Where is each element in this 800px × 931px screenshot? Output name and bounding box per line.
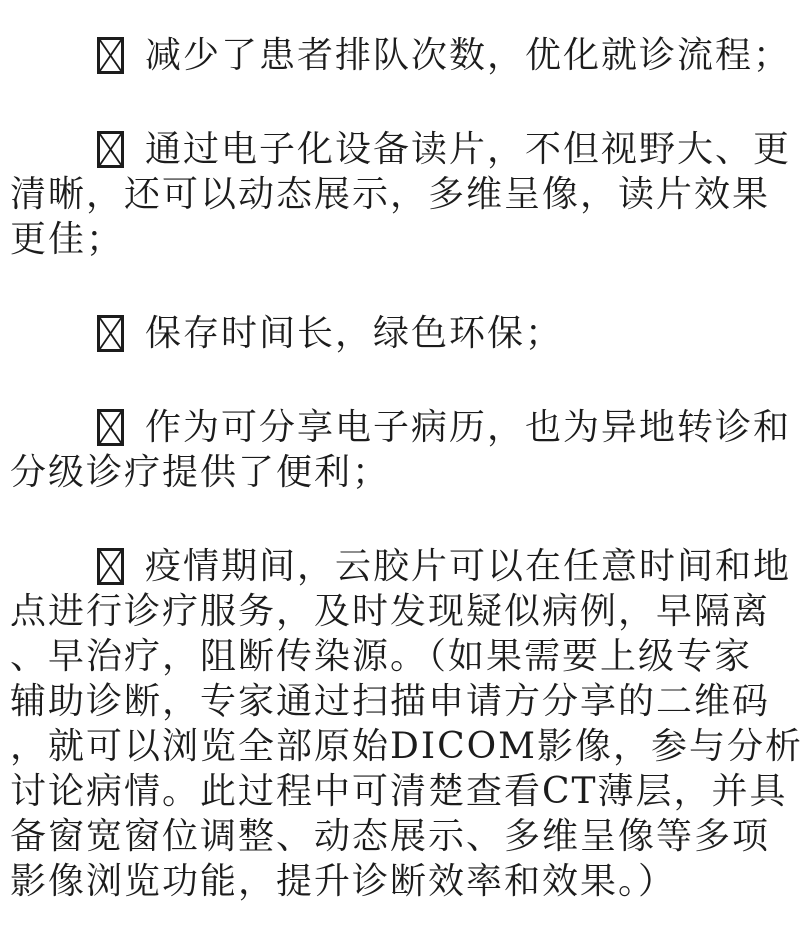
paragraph-text: 减少了患者排队次数，优化就诊流程； (145, 33, 791, 78)
paragraph-text: 影像浏览功能，提升诊断效率和效果。） (10, 861, 676, 902)
document-body: 减少了患者排队次数，优化就诊流程；通过电子化设备读片，不但视野大、更清晰，还可以… (10, 33, 780, 904)
paragraph-line: 更佳； (10, 217, 780, 262)
paragraph-line: 保存时间长，绿色环保； (10, 311, 780, 356)
document-page: 减少了患者排队次数，优化就诊流程；通过电子化设备读片，不但视野大、更清晰，还可以… (0, 0, 800, 931)
paragraph-text: 通过电子化设备读片，不但视野大、更 (145, 127, 791, 172)
paragraph-line: 通过电子化设备读片，不但视野大、更 (10, 127, 780, 172)
paragraph-line: 疫情期间，云胶片可以在任意时间和地 (10, 544, 780, 589)
paragraph-line: 分级诊疗提供了便利； (10, 450, 780, 495)
bullet-paragraph: 通过电子化设备读片，不但视野大、更清晰，还可以动态展示，多维呈像，读片效果更佳； (10, 127, 780, 262)
paragraph-line: 、早治疗，阻断传染源。（如果需要上级专家 (10, 634, 780, 679)
paragraph-line: 作为可分享电子病历，也为异地转诊和 (10, 405, 780, 450)
paragraph-line: 点进行诊疗服务，及时发现疑似病例，早隔离 (10, 589, 780, 634)
paragraph-text: 清晰，还可以动态展示，多维呈像，读片效果 (10, 174, 770, 215)
paragraph-line: 讨论病情。此过程中可清楚查看CT薄层，并具 (10, 769, 780, 814)
paragraph-line: 减少了患者排队次数，优化就诊流程； (10, 33, 780, 78)
bullet-paragraph: 减少了患者排队次数，优化就诊流程； (10, 33, 780, 78)
boxed-x-icon (97, 37, 124, 74)
boxed-x-icon (97, 548, 124, 585)
bullet-paragraph: 作为可分享电子病历，也为异地转诊和分级诊疗提供了便利； (10, 405, 780, 495)
paragraph-text: 备窗宽窗位调整、动态展示、多维呈像等多项 (10, 816, 770, 857)
paragraph-text: 讨论病情。此过程中可清楚查看CT薄层，并具 (10, 771, 788, 812)
paragraph-line: 影像浏览功能，提升诊断效率和效果。） (10, 859, 780, 904)
paragraph-text: 点进行诊疗服务，及时发现疑似病例，早隔离 (10, 591, 770, 632)
paragraph-text: 辅助诊断，专家通过扫描申请方分享的二维码 (10, 681, 770, 722)
paragraph-line: 备窗宽窗位调整、动态展示、多维呈像等多项 (10, 814, 780, 859)
paragraph-text: ，就可以浏览全部原始DICOM影像，参与分析 (10, 726, 800, 767)
boxed-x-icon (97, 315, 124, 352)
paragraph-text: 更佳； (10, 219, 124, 260)
paragraph-text: 作为可分享电子病历，也为异地转诊和 (145, 405, 791, 450)
paragraph-text: 保存时间长，绿色环保； (145, 311, 563, 356)
paragraph-text: 、早治疗，阻断传染源。（如果需要上级专家 (10, 636, 752, 677)
paragraph-line: ，就可以浏览全部原始DICOM影像，参与分析 (10, 724, 780, 769)
paragraph-text: 疫情期间，云胶片可以在任意时间和地 (145, 544, 791, 589)
paragraph-line: 清晰，还可以动态展示，多维呈像，读片效果 (10, 172, 780, 217)
boxed-x-icon (97, 131, 124, 168)
paragraph-text: 分级诊疗提供了便利； (10, 452, 390, 493)
boxed-x-icon (97, 409, 124, 446)
paragraph-line: 辅助诊断，专家通过扫描申请方分享的二维码 (10, 679, 780, 724)
bullet-paragraph: 保存时间长，绿色环保； (10, 311, 780, 356)
bullet-paragraph: 疫情期间，云胶片可以在任意时间和地点进行诊疗服务，及时发现疑似病例，早隔离、早治… (10, 544, 780, 904)
